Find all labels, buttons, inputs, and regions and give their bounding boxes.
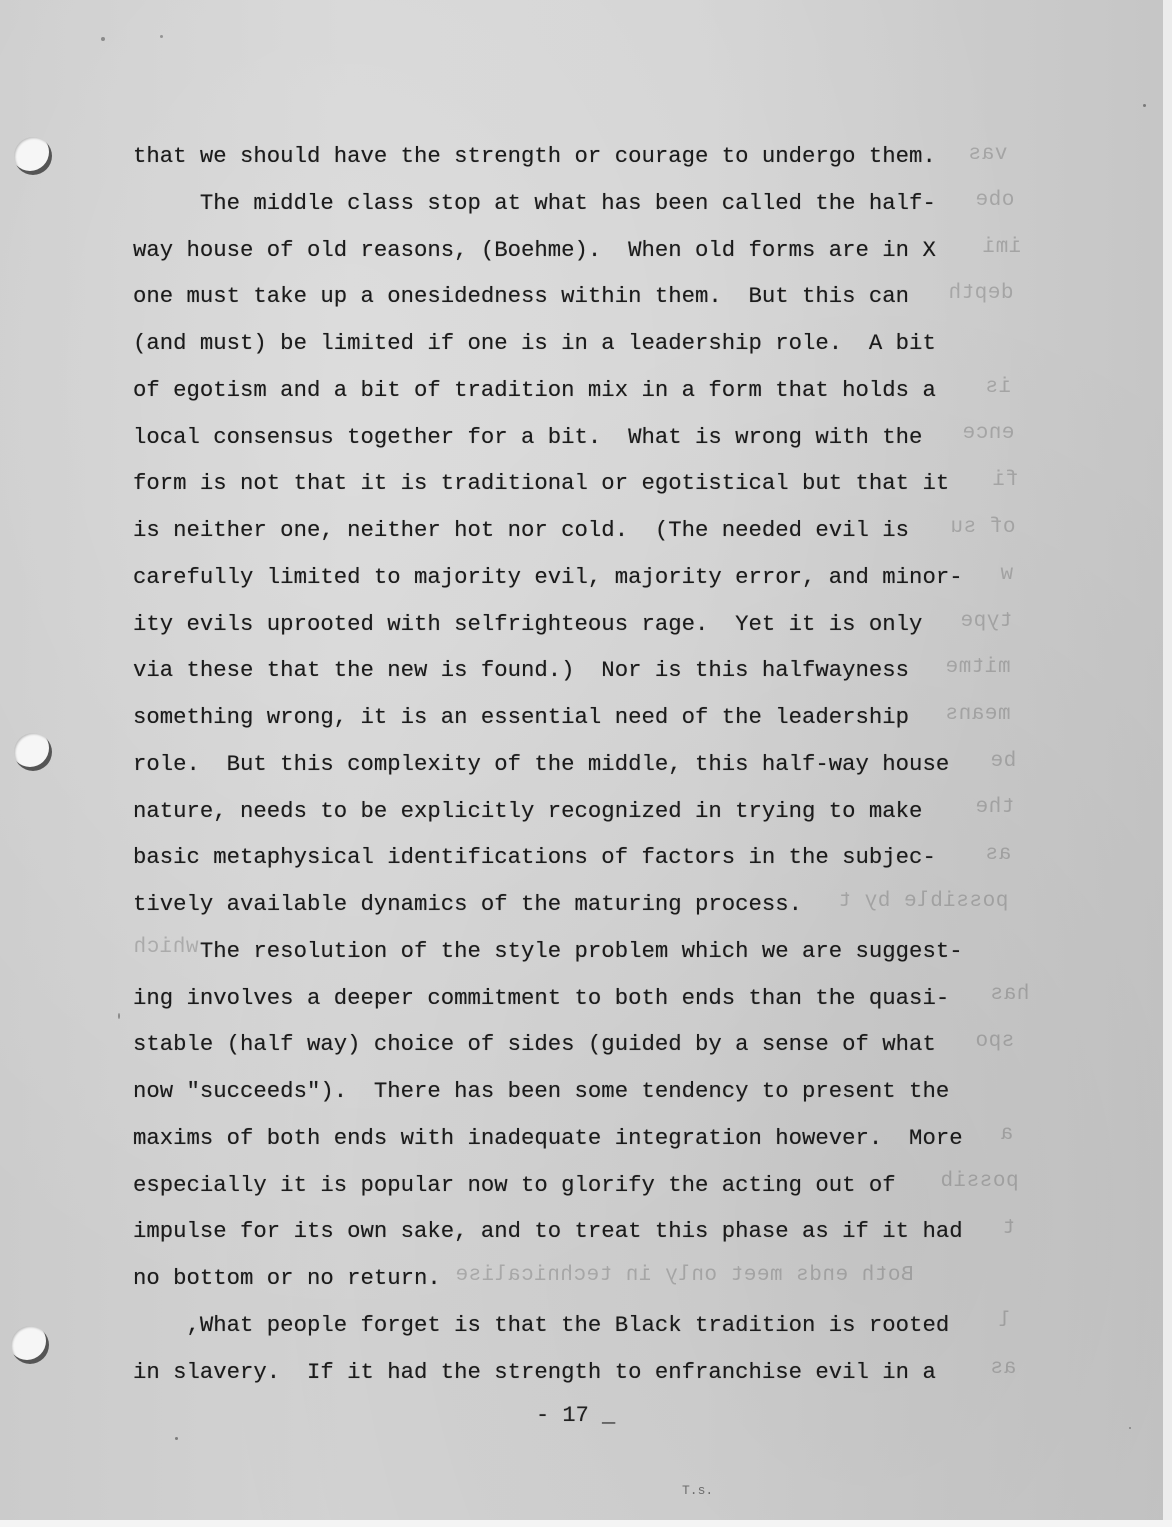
- text-line: is neither one, neither hot nor cold. (T…: [133, 513, 1013, 560]
- text-line: role. But this complexity of the middle,…: [133, 747, 1013, 794]
- scan-speck: [175, 1437, 178, 1440]
- footer-mark: T.s.: [682, 1483, 713, 1498]
- typewritten-body: that we should have the strength or cour…: [133, 139, 1013, 1401]
- text-line: basic metaphysical identifications of fa…: [133, 840, 1013, 887]
- text-line: The middle class stop at what has been c…: [133, 186, 1013, 233]
- scan-speck: [160, 35, 163, 38]
- scan-speck: [1129, 1427, 1131, 1429]
- text-line: tively available dynamics of the maturin…: [133, 887, 1013, 934]
- scan-speck: [101, 37, 105, 41]
- punch-hole-top: [14, 137, 52, 175]
- text-line: The resolution of the style problem whic…: [133, 934, 1013, 981]
- text-line: ,What people forget is that the Black tr…: [133, 1308, 1013, 1355]
- text-line: one must take up a onesidedness within t…: [133, 279, 1013, 326]
- text-line: stable (half way) choice of sides (guide…: [133, 1027, 1013, 1074]
- text-line: carefully limited to majority evil, majo…: [133, 560, 1013, 607]
- text-line: no bottom or no return.: [133, 1261, 1013, 1308]
- text-line: impulse for its own sake, and to treat t…: [133, 1214, 1013, 1261]
- text-line: maxims of both ends with inadequate inte…: [133, 1121, 1013, 1168]
- page-right-edge: [1163, 0, 1172, 1527]
- scan-speck: [118, 1013, 120, 1019]
- page-number: - 17 _: [536, 1403, 615, 1428]
- text-line: way house of old reasons, (Boehme). When…: [133, 233, 1013, 280]
- scan-speck: [1143, 104, 1146, 107]
- text-line: that we should have the strength or cour…: [133, 139, 1013, 186]
- page-bottom-edge: [0, 1520, 1172, 1527]
- document-page: vas obe imi depth is ence fi of su w typ…: [0, 0, 1163, 1520]
- text-line: via these that the new is found.) Nor is…: [133, 653, 1013, 700]
- text-line: of egotism and a bit of tradition mix in…: [133, 373, 1013, 420]
- text-line: ity evils uprooted with selfrighteous ra…: [133, 607, 1013, 654]
- punch-hole-middle: [14, 733, 52, 771]
- text-line: nature, needs to be explicitly recognize…: [133, 794, 1013, 841]
- text-line: in slavery. If it had the strength to en…: [133, 1355, 1013, 1402]
- text-line: ing involves a deeper commitment to both…: [133, 981, 1013, 1028]
- text-line: now "succeeds"). There has been some ten…: [133, 1074, 1013, 1121]
- text-line: something wrong, it is an essential need…: [133, 700, 1013, 747]
- punch-hole-bottom: [11, 1326, 49, 1364]
- text-line: (and must) be limited if one is in a lea…: [133, 326, 1013, 373]
- text-line: local consensus together for a bit. What…: [133, 420, 1013, 467]
- text-line: form is not that it is traditional or eg…: [133, 466, 1013, 513]
- text-line: especially it is popular now to glorify …: [133, 1168, 1013, 1215]
